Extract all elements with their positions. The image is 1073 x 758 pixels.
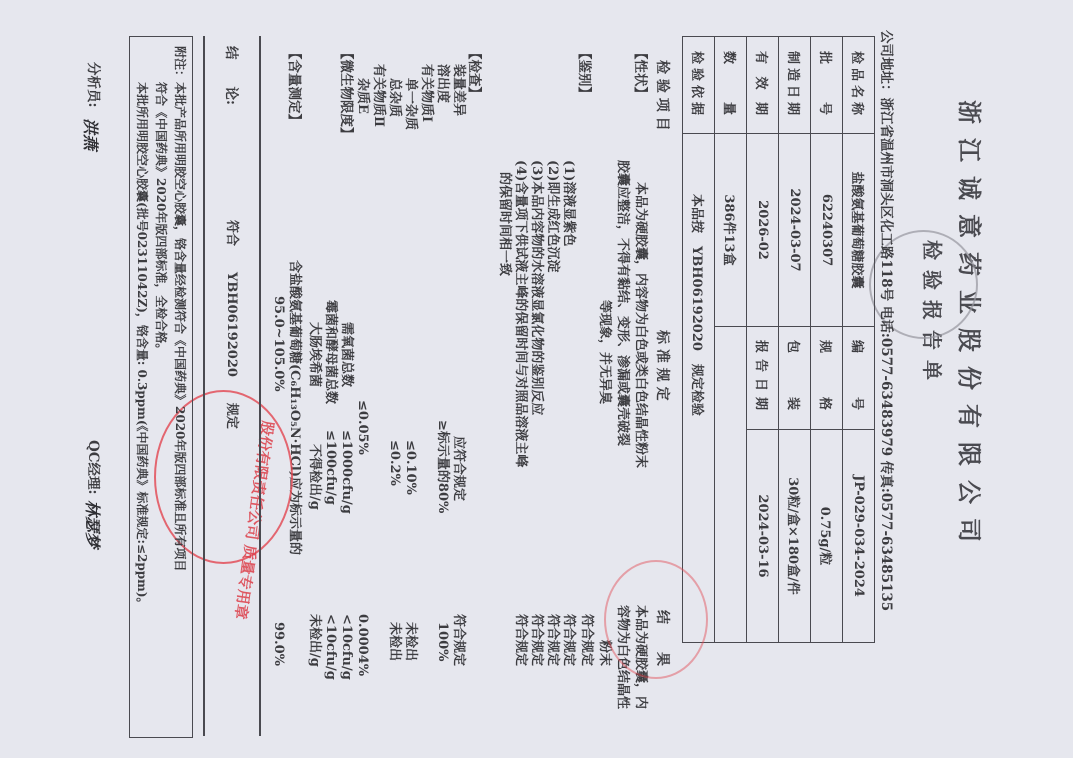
- inspection-report-document: 浙江诚意药业股份有限公司 检验报告单 公司地址：浙江省温州市洞头区化工路118号…: [0, 0, 1073, 758]
- inspection-item-name: 总杂质: [386, 78, 402, 117]
- identification-result: 符合规定: [544, 614, 560, 666]
- info-label: 检品名称: [843, 37, 875, 134]
- inspection-item-name: 杂质E: [354, 78, 370, 114]
- info-label: 制造日期: [779, 37, 811, 134]
- identification-standard-line: (3)本品内容物的水溶液显氯化物的鉴别反应: [528, 160, 544, 415]
- inspection-item-name: 有关物质Ⅱ: [370, 64, 386, 127]
- assay-standard-line: 含盐酸氨基葡萄糖(C₆H₁₃O₅N·HCl)应为标示量的: [286, 260, 302, 555]
- appearance-standard-line: 本品为硬胶囊，内容物为白色或类白色结晶性粉末: [632, 182, 648, 468]
- identification-result: 符合规定: [528, 614, 544, 666]
- identification-standard-line: (2)即生成红色沉淀: [544, 160, 560, 272]
- note-line: 附注：本批产品所用明胶空心胶囊，铬含量经检测符合《中国药典》2020年版四部标准…: [172, 46, 188, 571]
- section-appearance-heading: 【性状】: [632, 46, 648, 100]
- inspection-item-result: 100%: [434, 622, 450, 662]
- analyst-label: 分析员:: [85, 62, 101, 107]
- identification-result: 符合规定: [560, 614, 576, 666]
- info-row: 有 效 期 2026-02 报告日期 2024-03-16: [747, 37, 779, 643]
- info-value: 386件13盒: [715, 134, 747, 327]
- info-value: 本品按 YBH06192020 规定检验: [683, 134, 715, 643]
- info-value: 0.75g/粒: [811, 430, 843, 643]
- microbial-item-name: 大肠埃希菌: [306, 322, 322, 387]
- info-row: 制造日期 2024-03-07 包 装 30粒/盒×180盒/件: [779, 37, 811, 643]
- microbial-item-standard: ≤100cfu/g: [322, 430, 338, 505]
- conclusion-value: 符合 YBH06192020 规定: [223, 220, 239, 429]
- assay-standard-line: 95.0~105.0%: [270, 296, 286, 392]
- info-label-empty: [715, 327, 747, 430]
- column-header-item: 检 验 项 目: [654, 60, 670, 131]
- microbial-item-standard: 不得检出/g: [306, 444, 322, 510]
- inspection-item-result: 未检出: [386, 622, 402, 661]
- identification-standard-line: (4)含量项下供试液主峰的保留时间与对照品溶液主峰: [512, 160, 528, 467]
- info-label: 批 号: [811, 37, 843, 134]
- product-info-table: 检品名称 盐酸氨基葡萄糖胶囊 编 号 JP-029-034-2024 批 号 6…: [682, 36, 875, 643]
- microbial-item-result: 未检出/g: [306, 614, 322, 667]
- inspection-item-name: 有关物质Ⅰ: [418, 64, 434, 122]
- microbial-item-standard: ≤1000cfu/g: [338, 430, 354, 514]
- microbial-item-name: 需氧菌总数: [338, 322, 354, 387]
- company-name: 浙江诚意药业股份有限公司: [954, 100, 989, 556]
- info-value: JP-029-034-2024: [843, 430, 875, 643]
- red-small-seal: [604, 560, 708, 679]
- info-value: 2024-03-16: [747, 430, 779, 643]
- info-value: 30粒/盒×180盒/件: [779, 430, 811, 643]
- microbial-item-name: 霉菌和酵母菌总数: [322, 300, 338, 404]
- info-label: 编 号: [843, 327, 875, 430]
- divider: [203, 36, 205, 736]
- company-address: 公司地址：浙江省温州市洞头区化工路118号 电话:0577-63483979 传…: [878, 30, 898, 611]
- appearance-standard-line: 等现象，并无异臭: [596, 300, 612, 404]
- inspection-item-standard: ≤0.10%: [402, 440, 418, 495]
- info-label: 报告日期: [747, 327, 779, 430]
- analyst-signature: 洪燕: [80, 118, 103, 150]
- info-value: 盐酸氨基葡萄糖胶囊: [843, 134, 875, 327]
- inspection-item-name: 单一杂质: [402, 78, 418, 130]
- note-line: 符合《中国药典》2020年版四部标准，全检合格。: [153, 46, 169, 355]
- microbial-item-result: <10cfu/g: [338, 614, 354, 680]
- info-row: 批 号 62240307 规 格 0.75g/粒: [811, 37, 843, 643]
- identification-standard-line: 的保留时间相一致: [496, 172, 512, 276]
- column-header-standard: 标 准 规 定: [654, 330, 670, 401]
- note-line: 本批所用明胶空心胶囊(批号02311042Z)，铬含量: 0.3ppm(《中国药…: [134, 46, 150, 610]
- section-microbial-heading: 【微生物限度】: [338, 46, 354, 141]
- info-value-empty: [715, 430, 747, 643]
- info-label: 包 装: [779, 327, 811, 430]
- identification-result: 符合规定: [512, 614, 528, 666]
- info-label: 规 格: [811, 327, 843, 430]
- inspection-item-name: 溶出度: [434, 64, 450, 103]
- divider: [259, 36, 261, 736]
- inspection-item-standard: ≥标示量的80%: [434, 420, 450, 513]
- section-inspection-heading: 【检查】: [466, 46, 482, 100]
- info-value: 2024-03-07: [779, 134, 811, 327]
- info-label: 有 效 期: [747, 37, 779, 134]
- info-row: 数 量 386件13盒: [715, 37, 747, 643]
- appearance-result-line: 符合规定: [578, 614, 594, 666]
- inspection-item-standard: 应符合规定: [450, 436, 466, 501]
- qc-manager-label: QC经理:: [85, 440, 101, 495]
- assay-result: 99.0%: [270, 622, 286, 666]
- info-row: 检验依据 本品按 YBH06192020 规定检验: [683, 37, 715, 643]
- conclusion-label: 结 论:: [223, 46, 239, 105]
- info-label: 检验依据: [683, 37, 715, 134]
- info-row: 检品名称 盐酸氨基葡萄糖胶囊 编 号 JP-029-034-2024: [843, 37, 875, 643]
- inspection-item-result: 符合规定: [450, 614, 466, 666]
- section-assay-heading: 【含量测定】: [286, 46, 302, 127]
- inspection-item-name: 装量差异: [450, 64, 466, 116]
- info-value: 2026-02: [747, 134, 779, 327]
- inspection-item-result: 0.0004%: [354, 614, 370, 676]
- inspection-item-result: 未检出: [402, 622, 418, 661]
- identification-standard-line: (1)溶液显紫色: [560, 160, 576, 246]
- info-label: 数 量: [715, 37, 747, 134]
- info-value: 62240307: [811, 134, 843, 327]
- appearance-standard-line: 胶囊应整洁，不得有黏结、变形、渗漏或囊壳破裂: [614, 160, 630, 446]
- microbial-item-result: <10cfu/g: [322, 614, 338, 680]
- inspection-item-standard: ≤0.05%: [354, 400, 370, 455]
- inspection-item-standard: ≤0.2%: [386, 440, 402, 486]
- qc-manager-signature: 林瑟梦: [82, 500, 105, 548]
- section-identification-heading: 【鉴别】: [576, 46, 592, 100]
